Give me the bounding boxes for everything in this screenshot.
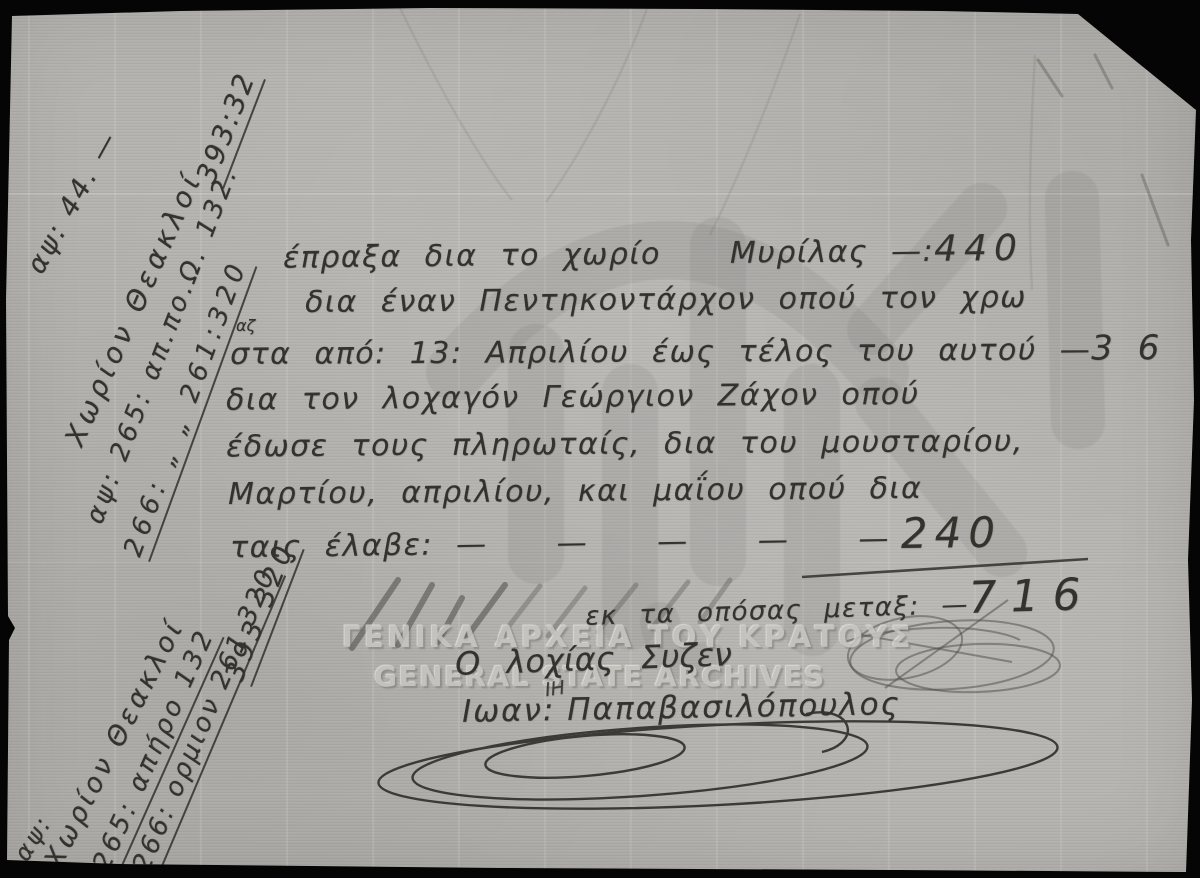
line-text: έδωσε τους πληρωταίς, δια του μουσταρίου… <box>226 424 1024 465</box>
line-amount: 240 <box>900 508 1002 558</box>
margin-note-top-total: 393:32 <box>189 67 265 189</box>
corner-fold-crease <box>1067 0 1199 111</box>
manuscript-line-2: δια έναν Πεντηκοντάρχον οπού τον χρω <box>305 281 865 320</box>
signature-name: Ιωαν: Παπαβασιλόπουλος <box>462 686 901 730</box>
manuscript-line-7: ταις έλαβε: — — — — — 240 <box>230 508 1003 568</box>
total-label: εκ τα οπόσας μεταξ: — <box>585 590 969 632</box>
line-text: δια έναν Πεντηκοντάρχον οπού τον χρω <box>305 280 1027 320</box>
line-text: Μαρτίου, απριλίου, και μαΐου οπού δια <box>228 471 923 512</box>
manuscript-line-3: στα από: 13: Απριλίου έως τέλος του αυτο… <box>230 329 1002 373</box>
manuscript-line-6: Μαρτίου, απριλίου, και μαΐου οπού δια <box>228 471 908 512</box>
manuscript-line-1: έπραξα δια το χωρίο Μυρίλας —: 440 <box>283 228 968 276</box>
manuscript-line-4: δια τον λοχαγόν Γεώργιον Ζάχον οπού <box>226 377 866 418</box>
scan-background: ΓΕΝΙΚΑ ΑΡΧΕΙΑ ΤΟΥ ΚΡΑΤΟΥΣ GENERAL STATE … <box>0 0 1200 878</box>
total-amount: 716 <box>968 569 1096 624</box>
line-text: στα από: 13: Απριλίου έως τέλος του αυτο… <box>230 333 1091 373</box>
line-text: δια τον λοχαγόν Γεώργιον Ζάχον οπού <box>226 377 920 418</box>
line-text: ταις έλαβε: — — — — — <box>230 521 890 565</box>
line-text: έπραξα δια το χωρίο Μυρίλας —: <box>283 234 934 276</box>
document-page: ΓΕΝΙΚΑ ΑΡΧΕΙΑ ΤΟΥ ΚΡΑΤΟΥΣ GENERAL STATE … <box>0 0 1200 878</box>
manuscript-line-5: έδωσε τους πληρωταίς, δια του μουσταρίου… <box>226 425 926 465</box>
line-amount: 3 6 <box>1091 328 1166 368</box>
manuscript-total-line: εκ τα οπόσας μεταξ: — 716 <box>584 571 1025 636</box>
margin-note-top-line1: αψ: 44. — <box>21 125 125 279</box>
line-amount: 440 <box>934 228 1024 270</box>
